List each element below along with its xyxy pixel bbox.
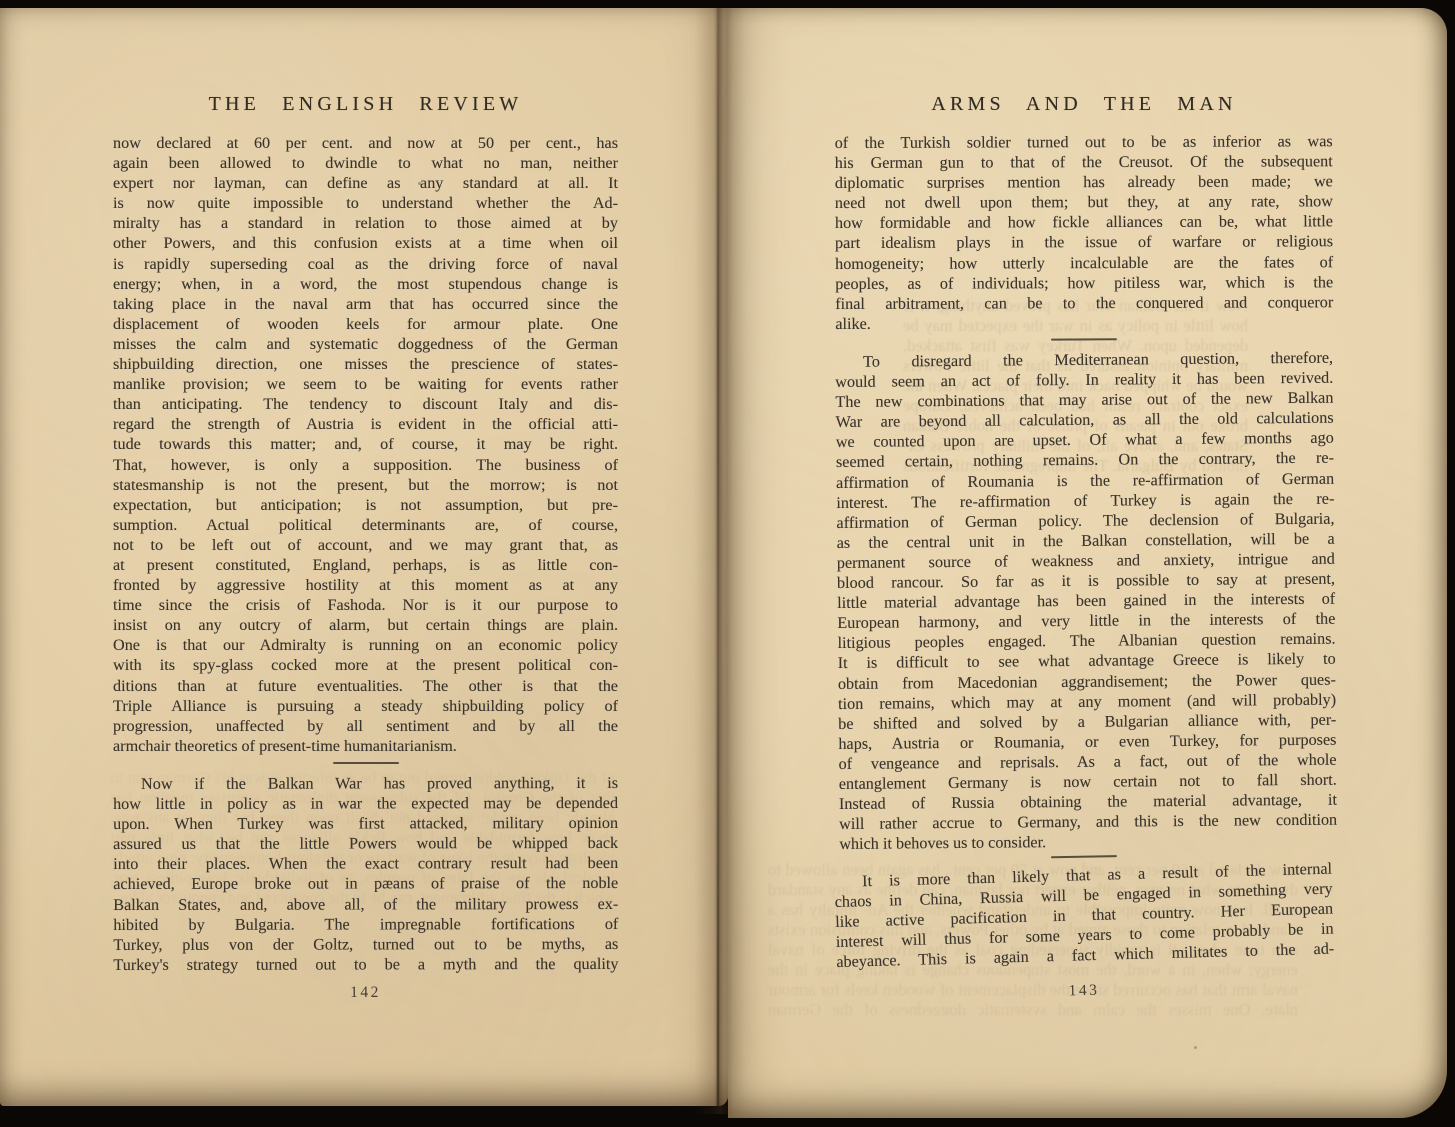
text-line: energy; when, in a word, the most stupen… xyxy=(113,274,618,294)
text-line: his German gun to that of the Creusot. O… xyxy=(835,151,1333,173)
text-line: assured us that the little Powers would … xyxy=(113,833,618,854)
running-head: ARMS AND THE MAN xyxy=(835,92,1333,116)
text-line: upon. When Turkey was first attacked, mi… xyxy=(113,813,618,834)
text-line: shipbuilding direction, one misses the p… xyxy=(113,354,618,374)
text-line: is now quite impossible to understand wh… xyxy=(113,193,618,213)
text-line: insist on any outcry of alarm, but certa… xyxy=(113,615,618,635)
paragraph: Now if the Balkan War has proved anythin… xyxy=(113,773,618,975)
text-line: how formidable and how fickle alliances … xyxy=(835,212,1333,234)
text-line: achieved, Europe broke out in pæans of p… xyxy=(113,873,618,894)
text-line: One is that our Admiralty is running on … xyxy=(113,635,618,655)
text-line: at present constituted, England, perhaps… xyxy=(113,555,618,575)
text-line: taking place in the naval arm that has o… xyxy=(113,294,618,314)
text-line: tude towards this matter; and, of course… xyxy=(113,434,618,454)
text-line: need not dwell upon them; but they, at a… xyxy=(835,192,1333,214)
text-line: armchair theoretics of present-time huma… xyxy=(113,736,618,756)
text-line: other Powers, and this confusion exists … xyxy=(113,233,618,253)
page-body: now declared at 60 per cent. and now at … xyxy=(113,133,618,975)
left-page: of the Turkish soldier turned out to be … xyxy=(0,8,728,1106)
text-line: diplomatic surprises mention has already… xyxy=(835,171,1333,193)
text-line: final arbitrament, can be to the conquer… xyxy=(835,292,1333,314)
page-body: of the Turkish soldier turned out to be … xyxy=(835,133,1333,973)
text-line: Turkey, plus von der Goltz, turned out t… xyxy=(113,934,618,955)
text-line: Balkan States, and, above all, of the mi… xyxy=(113,893,618,914)
book-scan: of the Turkish soldier turned out to be … xyxy=(0,0,1455,1127)
divider-line xyxy=(333,762,399,764)
text-line: part idealism plays in the issue of warf… xyxy=(835,232,1333,254)
running-head: THE ENGLISH REVIEW xyxy=(113,92,618,116)
text-line: displacement of wooden keels for armour … xyxy=(113,314,618,334)
text-line: again been allowed to dwindle to what no… xyxy=(113,153,618,173)
paragraph: now declared at 60 per cent. and now at … xyxy=(113,133,618,756)
text-line: hibited by Bulgaria. The impregnable for… xyxy=(113,914,618,935)
text-line: now declared at 60 per cent. and now at … xyxy=(113,133,618,153)
text-line: Turkey's strategy turned out to be a myt… xyxy=(113,954,618,975)
text-line: of the Turkish soldier turned out to be … xyxy=(835,131,1333,153)
page-number: 142 xyxy=(113,984,618,1002)
left-page-content: THE ENGLISH REVIEW now declared at 60 pe… xyxy=(113,92,618,1002)
text-line: time since the crisis of Fashoda. Nor is… xyxy=(113,595,618,615)
text-line: regard the strength of Austria is eviden… xyxy=(113,414,618,434)
text-line: than anticipating. The tendency to disco… xyxy=(113,394,618,414)
divider-line xyxy=(1051,855,1117,858)
section-divider xyxy=(113,756,618,774)
text-line: with its spy-glass cocked more at the pr… xyxy=(113,655,618,675)
text-line: progression, unaffected by all sentiment… xyxy=(113,716,618,736)
paragraph: To disregard the Mediterranean question,… xyxy=(835,348,1337,855)
text-line: sumption. Actual political determinants … xyxy=(113,515,618,535)
paragraph: It is more than likely that as a result … xyxy=(834,859,1335,973)
text-line: homogeneity; how utterly incalculable ar… xyxy=(835,252,1333,274)
right-page: Now if the Balkan War has proved anythin… xyxy=(728,8,1447,1118)
text-line: expectation, but anticipation; is not as… xyxy=(113,495,618,515)
text-line: Now if the Balkan War has proved anythin… xyxy=(113,773,618,794)
text-line: how little in policy as in war the expec… xyxy=(113,793,618,814)
text-line: That, however, is only a supposition. Th… xyxy=(113,455,618,475)
divider-line xyxy=(1051,338,1117,340)
text-line: ditions than at future eventualities. Th… xyxy=(113,676,618,696)
text-line: peoples, as of individuals; how pitiless… xyxy=(835,272,1333,294)
text-line: Triple Alliance is pursuing a steady shi… xyxy=(113,696,618,716)
text-line: misses the calm and systematic doggednes… xyxy=(113,334,618,354)
text-line: expert nor layman, can define as any sta… xyxy=(113,173,618,193)
page-number: 143 xyxy=(835,976,1333,1005)
text-line: into their places. When the exact contra… xyxy=(113,853,618,874)
text-line: manlike provision; we seem to be waiting… xyxy=(113,374,618,394)
text-line: fronted by aggressive hostility at this … xyxy=(113,575,618,595)
right-page-content: ARMS AND THE MAN of the Turkish soldier … xyxy=(835,92,1333,1000)
text-line: not to be left out of account, and we ma… xyxy=(113,535,618,555)
text-line: miralty has a standard in relation to th… xyxy=(113,213,618,233)
text-line: is rapidly superseding coal as the drivi… xyxy=(113,254,618,274)
paragraph: of the Turkish soldier turned out to be … xyxy=(835,131,1334,334)
text-line: statesmanship is not the present, but th… xyxy=(113,475,618,495)
